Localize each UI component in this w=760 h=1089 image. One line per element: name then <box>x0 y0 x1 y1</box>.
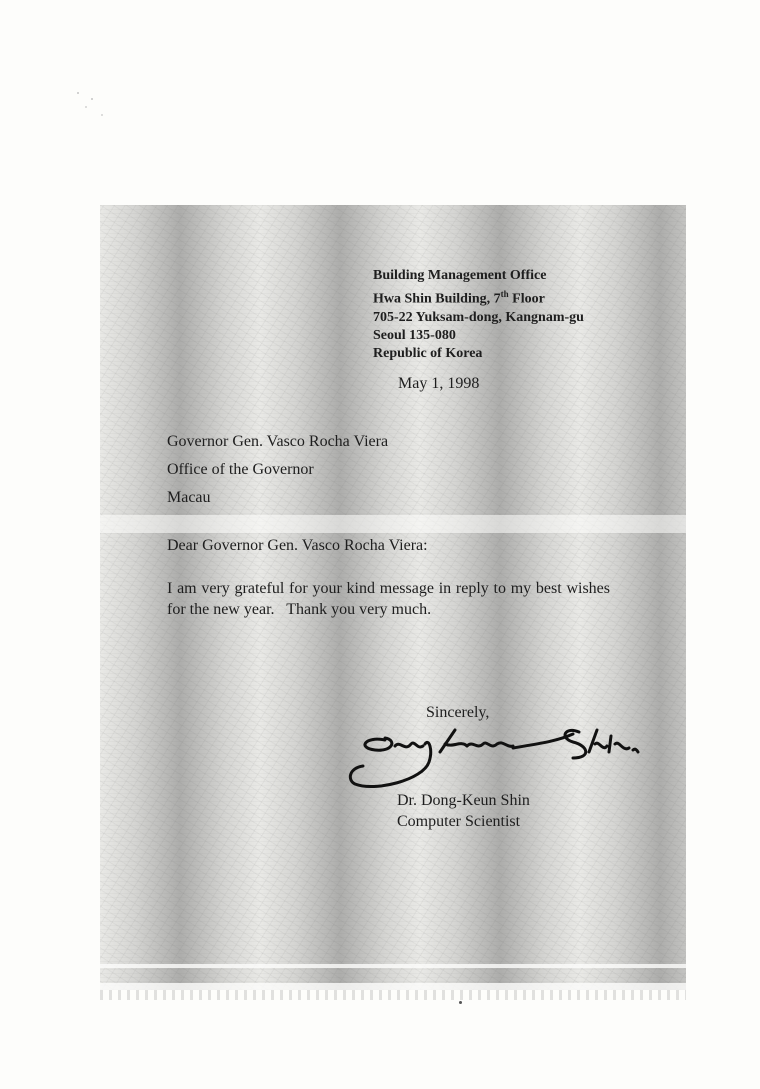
scan-band <box>100 515 686 533</box>
letter-body: I am very grateful for your kind message… <box>167 578 610 620</box>
letterhead-line-3: 705-22 Yuksam-dong, Kangnam-gu <box>373 309 584 327</box>
recipient-office: Office of the Governor <box>167 456 388 484</box>
letter-date: May 1, 1998 <box>398 375 479 393</box>
scan-specks <box>70 85 110 125</box>
recipient-name: Governor Gen. Vasco Rocha Viera <box>167 428 388 456</box>
salutation: Dear Governor Gen. Vasco Rocha Viera: <box>167 537 428 555</box>
letterhead-line-1: Building Management Office <box>373 267 584 285</box>
closing: Sincerely, <box>426 704 489 722</box>
signature-icon <box>345 722 640 794</box>
letterhead-line-4: Seoul 135-080 <box>373 327 584 345</box>
scan-band-bottom-1 <box>100 964 686 968</box>
letterhead-line-2: Hwa Shin Building, 7th Floor <box>373 285 584 309</box>
signatory-block: Dr. Dong-Keun Shin Computer Scientist <box>397 790 530 832</box>
recipient-location: Macau <box>167 484 388 512</box>
letterhead-address: Building Management Office Hwa Shin Buil… <box>373 267 584 363</box>
scan-edge-noise <box>100 990 686 1000</box>
scan-dot <box>459 1001 462 1004</box>
letterhead-line-5: Republic of Korea <box>373 345 584 363</box>
signatory-name: Dr. Dong-Keun Shin <box>397 790 530 811</box>
recipient-address: Governor Gen. Vasco Rocha Viera Office o… <box>167 428 388 512</box>
scan-band-bottom-2 <box>100 983 686 990</box>
signatory-title: Computer Scientist <box>397 811 530 832</box>
